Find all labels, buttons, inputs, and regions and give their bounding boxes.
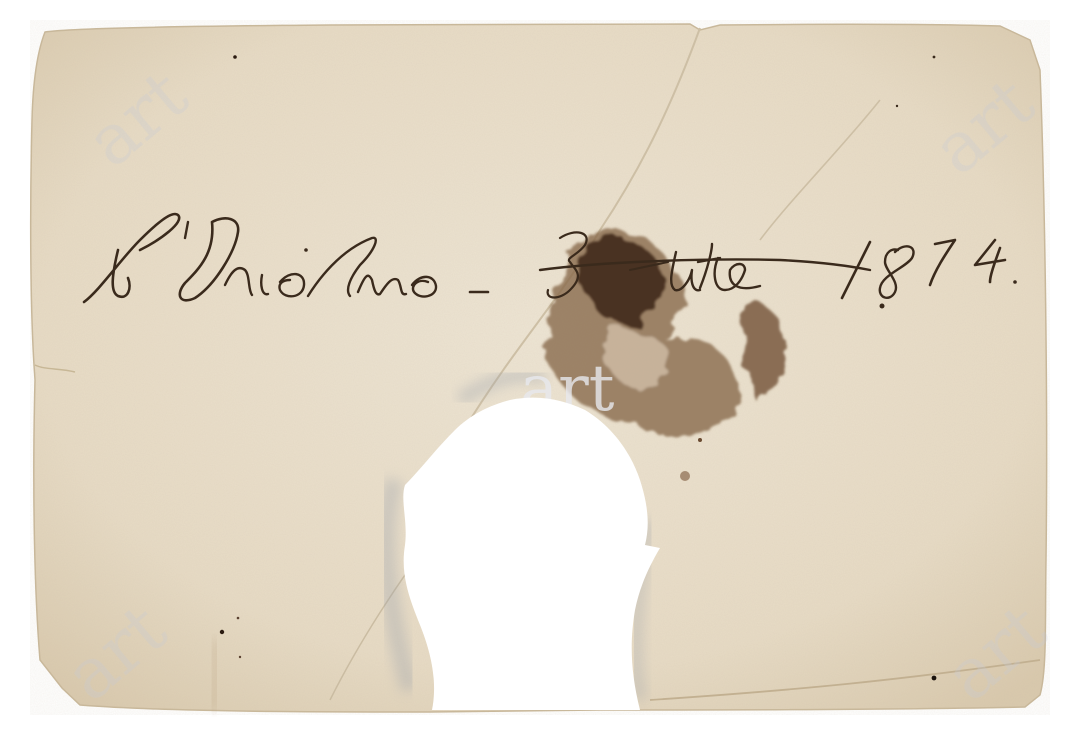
center-watermark: art (520, 352, 615, 426)
photo-stage: art art art art art (0, 0, 1080, 743)
card-paper: art art art art art (30, 20, 1062, 717)
antique-card-illustration: art art art art art (0, 0, 1080, 743)
